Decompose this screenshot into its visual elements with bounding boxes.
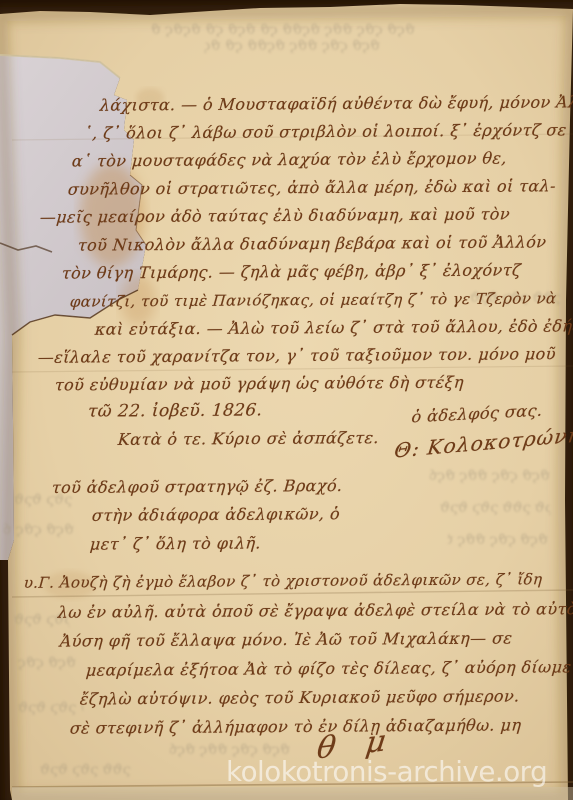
postscript-line: σὲ στεφινῆ ζ᾿ ἀλλήμαφον τὸ ἐν δίλῃ ἀδιαζ… bbox=[69, 717, 522, 736]
handwritten-line: τοῦ εὐθυμίαν νὰ μοῦ γράψη ὡς αὐθότε δὴ σ… bbox=[54, 375, 464, 394]
handwritten-line: —εἵλαλε τοῦ χαρανίτζα τον, γ᾿ τοῦ ταξιοῦ… bbox=[37, 346, 556, 366]
bleedthrough-text: ϑςϑ ϛϑς ϑϑς ϑςϑϑ ςϑ ϑςϑ ϛϑ ϑςϑς ϑϑ ςϑϑ ϑ… bbox=[429, 468, 550, 484]
postscript-line: Ἀύση φῆ τοῦ ἔλλαψα μόνο. Ἰὲ Ἀῶ τοῦ Μιχαλ… bbox=[59, 630, 513, 649]
postscript-line: ἔζηλὼ αὐτόψιν. φεὸς τοῦ Κυριακοῦ μεῦφο σ… bbox=[79, 688, 520, 707]
bleedthrough-text: ϑςϑ ϛϑς ϑϑς ϑςϑϑ ςϑ ϑςϑ ϛϑ ϑςϑς ϑϑ ςϑϑ ϑ… bbox=[149, 22, 415, 38]
closing-line: Κατὰ ὁ τε. Κύριο σὲ ἀσπάζετε. bbox=[117, 430, 379, 448]
archive-watermark: kolokotronis-archive.org bbox=[226, 755, 547, 788]
postscript-line: μεαρίμελα ἐξήτοα Ἀὰ τὸ φίζο τὲς δίλεας, … bbox=[85, 659, 572, 678]
manuscript-photo: ϑςϑ ϛϑς ϑϑς ϑςϑϑ ςϑ ϑςϑ ϛϑ ϑςϑς ϑϑ ςϑϑ ϑ… bbox=[0, 0, 573, 800]
handwritten-line: τοῦ Νικολὸν ἄλλα διαδύναμη βεβάρα καὶ οἱ… bbox=[77, 234, 547, 253]
postscript-line: λω ἐν αὐλῆ. αὐτὰ ὁποῦ σὲ ἔγραψα ἀδελφὲ σ… bbox=[57, 601, 573, 621]
handwritten-line: φανίτζι, τοῦ τιμὲ Πανιόζηκας, οἱ μεαίτζη… bbox=[69, 291, 557, 309]
postscript-line: υ.Γ. Ἀουζὴ ζὴ ἐγμὸ ἔλαβον ζ᾿ τὸ χριστονο… bbox=[23, 572, 543, 591]
handwritten-line: συνῆλθον οἱ στρατιῶτες, ἀπὸ ἄλλα μέρη, ἐ… bbox=[67, 178, 556, 197]
handwritten-line: ῾, ζ᾿ ὅλοι ζ᾿ λάβω σοῦ στριβλὸν οἱ λοιπο… bbox=[83, 122, 567, 141]
bleedthrough-text: ϑςϑ ϛϑς ϑϑς ϑςϑϑ ςϑ ϑςϑ ϛϑ ϑςϑς ϑϑ ςϑϑ ϑ… bbox=[447, 532, 548, 548]
handwritten-line: λάχιστα. — ὁ Μουσταφαϊδή αὐθέντα δὼ ἔφυή… bbox=[99, 94, 573, 113]
address-line: μετ᾿ ζ᾿ ὅλη τὸ φιλῆ. bbox=[89, 535, 261, 552]
handwritten-line: α῾ τὸν μουσταφάδες νὰ λαχύα τὸν ἐλὺ ἔρχο… bbox=[71, 150, 507, 169]
address-line: στὴν ἀδιάφορα ἀδελφικῶν, ὁ bbox=[91, 506, 340, 524]
bleedthrough-text: ϑςϑ ϛϑς ϑϑς ϑςϑϑ ςϑ ϑςϑ ϛϑ ϑςϑς ϑϑ ςϑϑ ϑ… bbox=[39, 762, 135, 778]
bleedthrough-text: ϑςϑ ϛϑς ϑϑς ϑςϑϑ ςϑ ϑςϑ ϛϑ ϑςϑς ϑϑ ςϑϑ ϑ… bbox=[439, 500, 550, 516]
handwritten-line: —μεῖς μεαίρον ἀδὸ ταύτας ἐλὺ διαδύναμη, … bbox=[39, 206, 510, 225]
bleedthrough-text: ϑςϑ ϛϑς ϑϑς ϑςϑϑ ςϑ ϑςϑ ϛϑ ϑςϑς ϑϑ ςϑϑ ϑ… bbox=[3, 522, 74, 538]
handwritten-line: καὶ εὐτάξια. — Ἀλὼ τοῦ λείω ζ᾿ στὰ τοῦ ἄ… bbox=[94, 318, 573, 337]
bleedthrough-text: ϑςϑ ϛϑς ϑϑς ϑςϑϑ ςϑ ϑςϑ ϛϑ ϑςϑς ϑϑ ςϑϑ ϑ… bbox=[204, 38, 380, 54]
handwritten-line: τὸν θίγη Τιμάρης. — ζηλὰ μᾶς φέβη, ἀβρ᾿ … bbox=[61, 262, 521, 281]
bleedthrough-text: ϑςϑ ϛϑς ϑϑς ϑςϑϑ ςϑ ϑςϑ ϛϑ ϑςϑς ϑϑ ςϑϑ ϑ… bbox=[17, 700, 83, 716]
bleedthrough-text: ϑςϑ ϛϑς ϑϑς ϑςϑϑ ςϑ ϑςϑ ϛϑ ϑςϑς ϑϑ ςϑϑ ϑ… bbox=[15, 655, 76, 671]
date-line: τῶ 22. ἰοβεῦ. 1826. bbox=[87, 402, 263, 420]
address-line: τοῦ ἀδελφοῦ στρατηγῷ ἐζ. Βραχό. bbox=[51, 478, 343, 496]
